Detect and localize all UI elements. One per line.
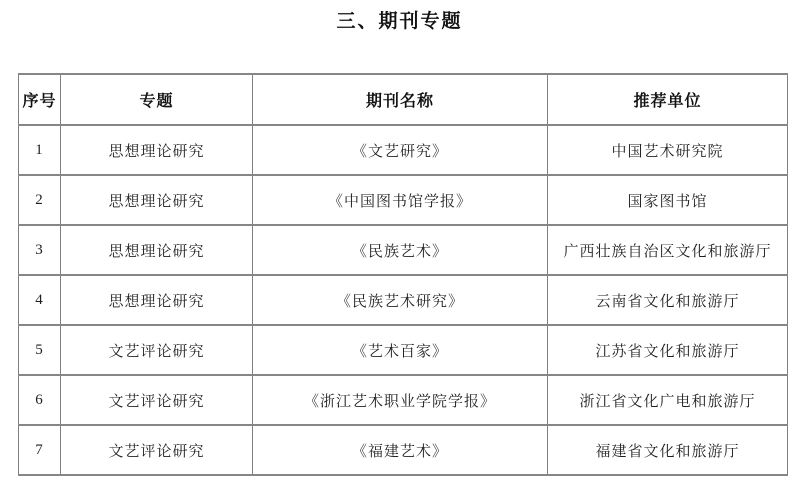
document-page: 三、期刊专题 序号 专题 期刊名称 推荐单位 1思想理论研究《文艺研究》中国艺术…: [0, 0, 799, 495]
table-row: 1思想理论研究《文艺研究》中国艺术研究院: [19, 125, 788, 175]
recommender-cell: 云南省文化和旅游厅: [548, 275, 788, 325]
table-row: 6文艺评论研究《浙江艺术职业学院学报》浙江省文化广电和旅游厅: [19, 375, 788, 425]
journal-name-cell: 《民族艺术研究》: [253, 275, 548, 325]
header-serial: 序号: [19, 74, 61, 125]
header-topic: 专题: [61, 74, 253, 125]
topic-cell: 文艺评论研究: [61, 425, 253, 475]
table-row: 4思想理论研究《民族艺术研究》云南省文化和旅游厅: [19, 275, 788, 325]
table-header-row: 序号 专题 期刊名称 推荐单位: [19, 74, 788, 125]
serial-cell: 2: [19, 175, 61, 225]
serial-cell: 3: [19, 225, 61, 275]
serial-cell: 5: [19, 325, 61, 375]
table-row: 3思想理论研究《民族艺术》广西壮族自治区文化和旅游厅: [19, 225, 788, 275]
topic-cell: 文艺评论研究: [61, 325, 253, 375]
topic-cell: 思想理论研究: [61, 225, 253, 275]
table-row: 5文艺评论研究《艺术百家》江苏省文化和旅游厅: [19, 325, 788, 375]
serial-cell: 6: [19, 375, 61, 425]
recommender-cell: 江苏省文化和旅游厅: [548, 325, 788, 375]
topic-cell: 文艺评论研究: [61, 375, 253, 425]
journal-name-cell: 《民族艺术》: [253, 225, 548, 275]
header-journal-name: 期刊名称: [253, 74, 548, 125]
serial-cell: 4: [19, 275, 61, 325]
serial-cell: 1: [19, 125, 61, 175]
recommender-cell: 国家图书馆: [548, 175, 788, 225]
journal-name-cell: 《文艺研究》: [253, 125, 548, 175]
header-recommender: 推荐单位: [548, 74, 788, 125]
recommender-cell: 浙江省文化广电和旅游厅: [548, 375, 788, 425]
topic-cell: 思想理论研究: [61, 175, 253, 225]
journal-name-cell: 《福建艺术》: [253, 425, 548, 475]
recommender-cell: 福建省文化和旅游厅: [548, 425, 788, 475]
journal-name-cell: 《艺术百家》: [253, 325, 548, 375]
page-title: 三、期刊专题: [0, 6, 799, 33]
recommender-cell: 广西壮族自治区文化和旅游厅: [548, 225, 788, 275]
topic-cell: 思想理论研究: [61, 125, 253, 175]
journal-name-cell: 《浙江艺术职业学院学报》: [253, 375, 548, 425]
journal-topics-table: 序号 专题 期刊名称 推荐单位 1思想理论研究《文艺研究》中国艺术研究院2思想理…: [18, 73, 788, 476]
serial-cell: 7: [19, 425, 61, 475]
table-row: 2思想理论研究《中国图书馆学报》国家图书馆: [19, 175, 788, 225]
table-row: 7文艺评论研究《福建艺术》福建省文化和旅游厅: [19, 425, 788, 475]
topic-cell: 思想理论研究: [61, 275, 253, 325]
journal-name-cell: 《中国图书馆学报》: [253, 175, 548, 225]
recommender-cell: 中国艺术研究院: [548, 125, 788, 175]
